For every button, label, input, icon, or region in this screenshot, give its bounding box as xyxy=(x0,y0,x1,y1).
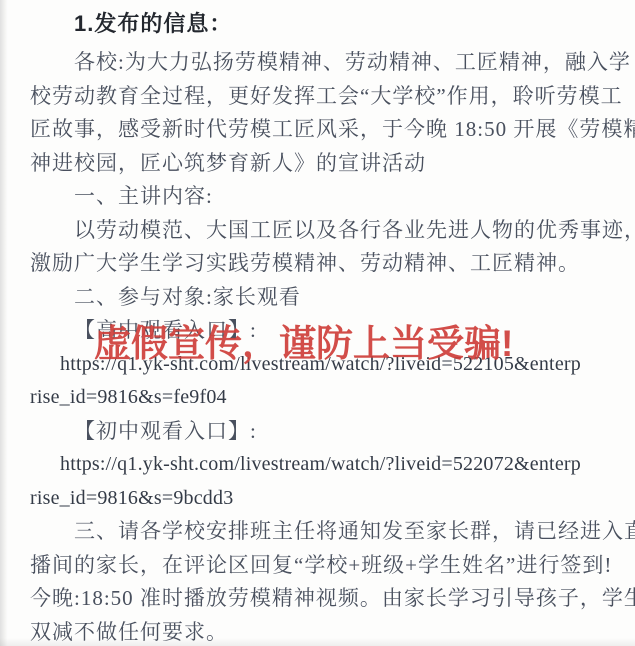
document-line: 三、请各学校安排班主任将通知发至家长群，请已经进入直 xyxy=(30,515,631,549)
document-line: 双减不做任何要求。 xyxy=(30,616,631,646)
document-line: 校劳动教育全过程，更好发挥工会“大学校”作用，聆听劳模工 xyxy=(30,80,631,114)
document-content: 1.发布的信息： 各校:为大力弘扬劳模精神、劳动精神、工匠精神，融入学校劳动教育… xyxy=(30,6,631,646)
document-line: rise_id=9816&s=9bcdd3 xyxy=(30,482,631,516)
document-line: 激励广大学生学习实践劳模精神、劳动精神、工匠精神。 xyxy=(30,247,631,281)
document-body: 各校:为大力弘扬劳模精神、劳动精神、工匠精神，融入学校劳动教育全过程，更好发挥工… xyxy=(30,46,631,646)
document-page: 1.发布的信息： 各校:为大力弘扬劳模精神、劳动精神、工匠精神，融入学校劳动教育… xyxy=(0,0,635,646)
document-line: 播间的家长，在评论区回复“学校+班级+学生姓名”进行签到! xyxy=(30,549,631,583)
document-line: 各校:为大力弘扬劳模精神、劳动精神、工匠精神，融入学 xyxy=(30,46,631,80)
photo-edge-shadow-left xyxy=(0,0,10,646)
document-line: 今晚:18:50 准时播放劳模精神视频。由家长学习引导孩子，学生 xyxy=(30,582,631,616)
document-line: rise_id=9816&s=fe9f04 xyxy=(30,381,631,415)
document-line: 【高中观看入口】: xyxy=(30,314,631,348)
document-line: 二、参与对象:家长观看 xyxy=(30,281,631,315)
document-line: 一、主讲内容: xyxy=(30,180,631,214)
document-line: https://q1.yk-sht.com/livestream/watch/?… xyxy=(30,448,631,482)
document-line: 【初中观看入口】: xyxy=(30,415,631,449)
document-heading: 1.发布的信息： xyxy=(74,6,631,42)
document-line: https://q1.yk-sht.com/livestream/watch/?… xyxy=(30,348,631,382)
document-line: 神进校园，匠心筑梦育新人》的宣讲活动 xyxy=(30,147,631,181)
document-line: 匠故事，感受新时代劳模工匠风采，于今晚 18:50 开展《劳模精 xyxy=(30,113,631,147)
document-line: 以劳动模范、大国工匠以及各行各业先进人物的优秀事迹， xyxy=(30,214,631,248)
